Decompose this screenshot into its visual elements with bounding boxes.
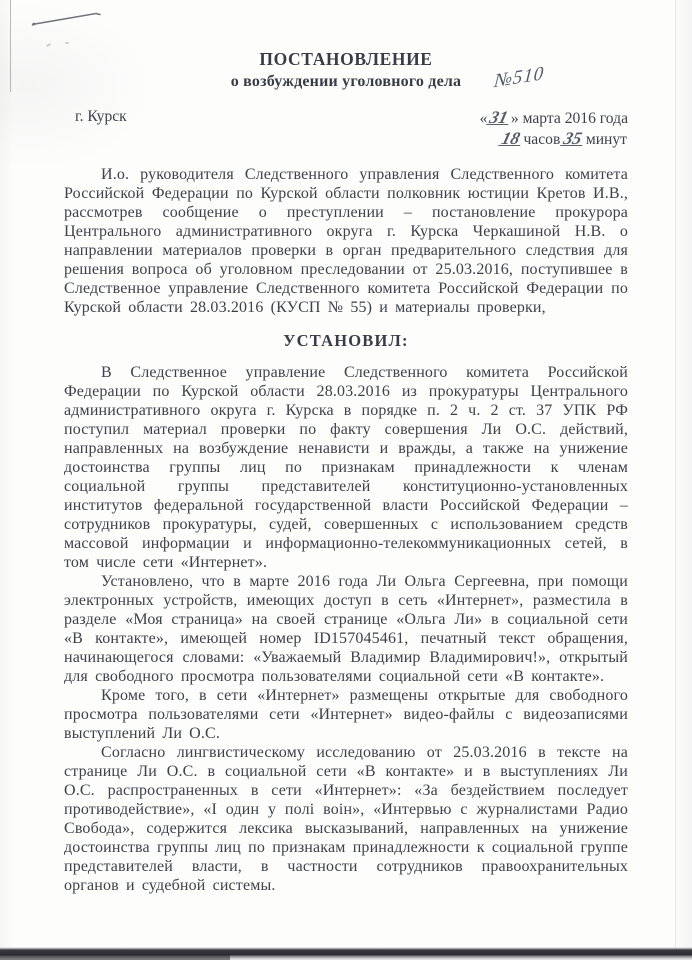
- pen-scribble-icon: [28, 6, 106, 32]
- body-paragraph: Согласно лингвистическому исследованию о…: [64, 743, 628, 895]
- body-paragraph: Установлено, что в марте 2016 года Ли Ол…: [64, 572, 628, 686]
- date-month-year: » марта 2016 года: [511, 110, 628, 127]
- scanned-document-page: ПОСТАНОВЛЕНИЕ о возбуждении уголовного д…: [0, 0, 692, 960]
- body-paragraph: Кроме того, в сети «Интернет» размещены …: [64, 686, 628, 743]
- city-label: г. Курск: [64, 108, 127, 126]
- pen-mark-icon: [65, 42, 69, 45]
- pen-mark-icon: [46, 43, 51, 47]
- ustanovil-heading: УСТАНОВИЛ:: [64, 331, 628, 351]
- body-paragraph: В Следственное управление Следственного …: [64, 363, 628, 572]
- document-subtitle: о возбуждении уголовного дела: [231, 73, 462, 90]
- scan-edge-line-right: [675, 0, 676, 960]
- handwritten-hours: 18: [498, 131, 523, 146]
- hours-label: часов: [523, 131, 560, 148]
- place-date-row: г. Курск «31» марта 2016 года 18часов35м…: [64, 108, 628, 150]
- document-content: ПОСТАНОВЛЕНИЕ о возбуждении уголовного д…: [64, 49, 628, 895]
- handwritten-day: 31: [487, 110, 512, 125]
- minutes-label: минут: [586, 131, 627, 148]
- date-time-block: «31» марта 2016 года 18часов35минут: [480, 108, 628, 150]
- time-line: 18часов35минут: [480, 129, 628, 150]
- intro-paragraph: И.о. руководителя Следственного управлен…: [64, 165, 628, 317]
- handwritten-minutes: 35: [560, 131, 585, 146]
- document-subtitle-row: о возбуждении уголовного дела №510: [64, 73, 628, 91]
- scan-bottom-edge: [0, 947, 692, 960]
- scan-edge-line-left: [10, 0, 11, 92]
- date-line: «31» марта 2016 года: [480, 108, 628, 129]
